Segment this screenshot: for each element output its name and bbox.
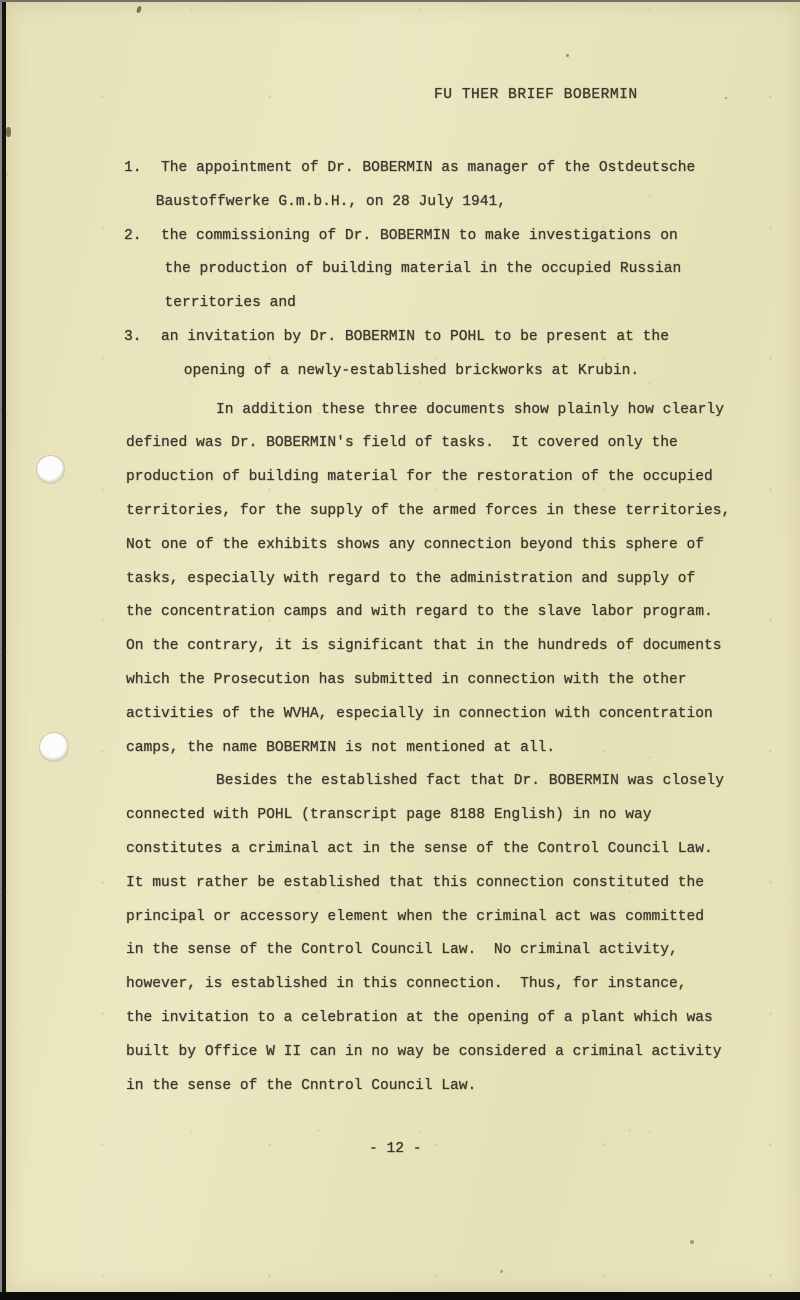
text-line: defined was Dr. BOBERMIN's field of task… bbox=[126, 427, 774, 461]
text-line: the invitation to a celebration at the o… bbox=[126, 1002, 774, 1036]
item-number: 2. bbox=[124, 220, 161, 321]
text-line: principal or accessory element when the … bbox=[126, 901, 774, 935]
paragraph: In addition these three documents show p… bbox=[126, 394, 774, 766]
document-title: FU THER BRIEF BOBERMIN bbox=[434, 87, 638, 103]
paragraph: Besides the established fact that Dr. BO… bbox=[126, 765, 774, 1103]
list-item: 3.an invitation by Dr. BOBERMIN to POHL … bbox=[124, 321, 774, 389]
text-block: 1.The appointment of Dr. BOBERMIN as man… bbox=[124, 152, 774, 1103]
page-number: - 12 - bbox=[369, 1141, 422, 1157]
text-line: The appointment of Dr. BOBERMIN as manag… bbox=[161, 152, 774, 186]
text-line: Baustoffwerke G.m.b.H., on 28 July 1941, bbox=[161, 186, 774, 220]
text-line: territories, for the supply of the armed… bbox=[126, 495, 774, 529]
text-line: tasks, especially with regard to the adm… bbox=[126, 563, 774, 597]
list-item: 1.The appointment of Dr. BOBERMIN as man… bbox=[124, 152, 774, 220]
item-number: 3. bbox=[124, 321, 161, 389]
text-line: in the sense of the Control Council Law.… bbox=[126, 934, 774, 968]
text-line: in the sense of the Cnntrol Council Law. bbox=[126, 1070, 774, 1104]
text-line: In addition these three documents show p… bbox=[126, 394, 774, 428]
text-line: the concentration camps and with regard … bbox=[126, 596, 774, 630]
paper-speck bbox=[725, 97, 727, 99]
paper-speck bbox=[6, 127, 11, 137]
scan-edge-bottom bbox=[0, 1292, 800, 1300]
text-line: activities of the WVHA, especially in co… bbox=[126, 698, 774, 732]
text-line: the commissioning of Dr. BOBERMIN to mak… bbox=[161, 220, 774, 254]
text-line: the production of building material in t… bbox=[161, 253, 774, 287]
text-line: camps, the name BOBERMIN is not mentione… bbox=[126, 732, 774, 766]
text-line: built by Office W II can in no way be co… bbox=[126, 1036, 774, 1070]
scan-edge-left bbox=[0, 0, 2, 1300]
text-line: which the Prosecution has submitted in c… bbox=[126, 664, 774, 698]
text-line: production of building material for the … bbox=[126, 461, 774, 495]
list-item-body: the commissioning of Dr. BOBERMIN to mak… bbox=[161, 220, 774, 321]
scan-edge-top bbox=[0, 0, 800, 2]
paper-speck bbox=[690, 1240, 694, 1244]
numbered-list: 1.The appointment of Dr. BOBERMIN as man… bbox=[124, 152, 774, 389]
hole-punch-top bbox=[37, 456, 64, 483]
paper: FU THER BRIEF BOBERMIN 1.The appointment… bbox=[6, 2, 800, 1292]
paper-speck bbox=[500, 1270, 503, 1273]
text-line: however, is established in this connecti… bbox=[126, 968, 774, 1002]
list-item-body: The appointment of Dr. BOBERMIN as manag… bbox=[161, 152, 774, 220]
paper-speck bbox=[136, 6, 142, 14]
text-line: Besides the established fact that Dr. BO… bbox=[126, 765, 774, 799]
text-line: On the contrary, it is significant that … bbox=[126, 630, 774, 664]
paper-speck bbox=[566, 54, 569, 57]
text-line: constitutes a criminal act in the sense … bbox=[126, 833, 774, 867]
text-line: It must rather be established that this … bbox=[126, 867, 774, 901]
text-line: an invitation by Dr. BOBERMIN to POHL to… bbox=[161, 321, 774, 355]
list-item-body: an invitation by Dr. BOBERMIN to POHL to… bbox=[161, 321, 774, 389]
list-item: 2.the commissioning of Dr. BOBERMIN to m… bbox=[124, 220, 774, 321]
text-line: opening of a newly-established brickwork… bbox=[161, 355, 774, 389]
text-line: connected with POHL (transcript page 818… bbox=[126, 799, 774, 833]
paragraphs: In addition these three documents show p… bbox=[126, 394, 774, 1104]
hole-punch-bottom bbox=[40, 733, 68, 761]
text-line: territories and bbox=[161, 287, 774, 321]
scanned-page: FU THER BRIEF BOBERMIN 1.The appointment… bbox=[0, 0, 800, 1300]
text-line: Not one of the exhibits shows any connec… bbox=[126, 529, 774, 563]
